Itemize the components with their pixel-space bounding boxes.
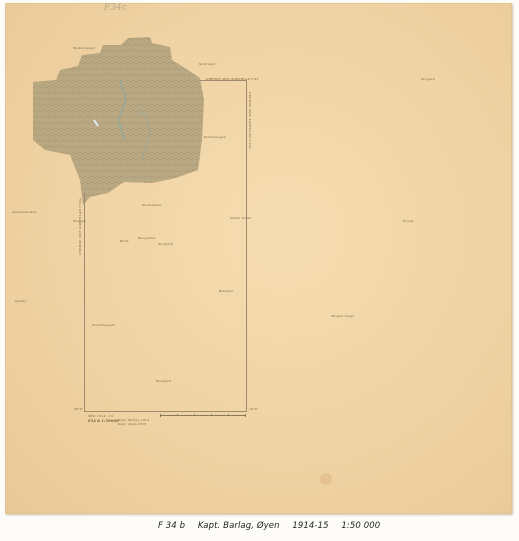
caption-scale: 1:50 000 (341, 521, 380, 531)
frame-corner-label-bottom-right: 10°0' (249, 407, 258, 411)
surveyed-terrain-area (0, 0, 519, 541)
place-label: Gjerdy (15, 299, 26, 303)
place-label: Blaafjell (219, 289, 233, 293)
place-label: Kirkehaugen (204, 135, 226, 139)
place-label: Blaafjellet (138, 236, 156, 240)
border-label-right: GRENSE MOT KARTBLAD F.34c (248, 92, 252, 149)
place-label: Stoggen (421, 77, 435, 81)
border-label-left: GRENSE MOT KARTBLAD F.34a (78, 198, 82, 255)
caption-surveyor: Kapt. Barlag, Øyen (198, 521, 280, 531)
legend-survey-line: Målt 1914 - 15 (88, 414, 113, 418)
scale-bar (160, 415, 246, 416)
place-label: Hovdy (403, 219, 414, 223)
place-label: Bratt (120, 239, 129, 243)
caption-years: 1914-15 (292, 521, 328, 531)
place-label: Storbakken (142, 203, 162, 207)
place-label: Nedre Varde (230, 216, 252, 220)
place-label: Nordlihaugen (92, 323, 115, 327)
sheet-caption: F 34 b Kapt. Barlag, Øyen 1914-15 1:50 0… (158, 521, 390, 531)
place-label: Stutruten (199, 62, 215, 66)
border-label-top-right: GRENSE MOT KARTBLAD F.35 (206, 77, 259, 81)
frame-bottom-line (84, 411, 247, 412)
place-label: Haugen (73, 219, 86, 223)
place-label: Storfjeld (158, 242, 173, 246)
frame-right-line (246, 80, 247, 412)
legend-sheet: F34 b 1:50000 (88, 419, 119, 423)
place-label: Skogen tange (331, 314, 354, 318)
place-label: Radsfjell (156, 379, 171, 383)
place-label: Aamodtsbakke (12, 210, 37, 214)
place-label: Stakkhaugen (73, 46, 95, 50)
frame-left-line (84, 192, 85, 412)
legend-surveyor-2: Kapt. Øyen 1915 (118, 422, 147, 426)
caption-sheet-id: F 34 b (158, 521, 185, 531)
frame-corner-label-bottom-left: 60°0' (74, 407, 83, 411)
